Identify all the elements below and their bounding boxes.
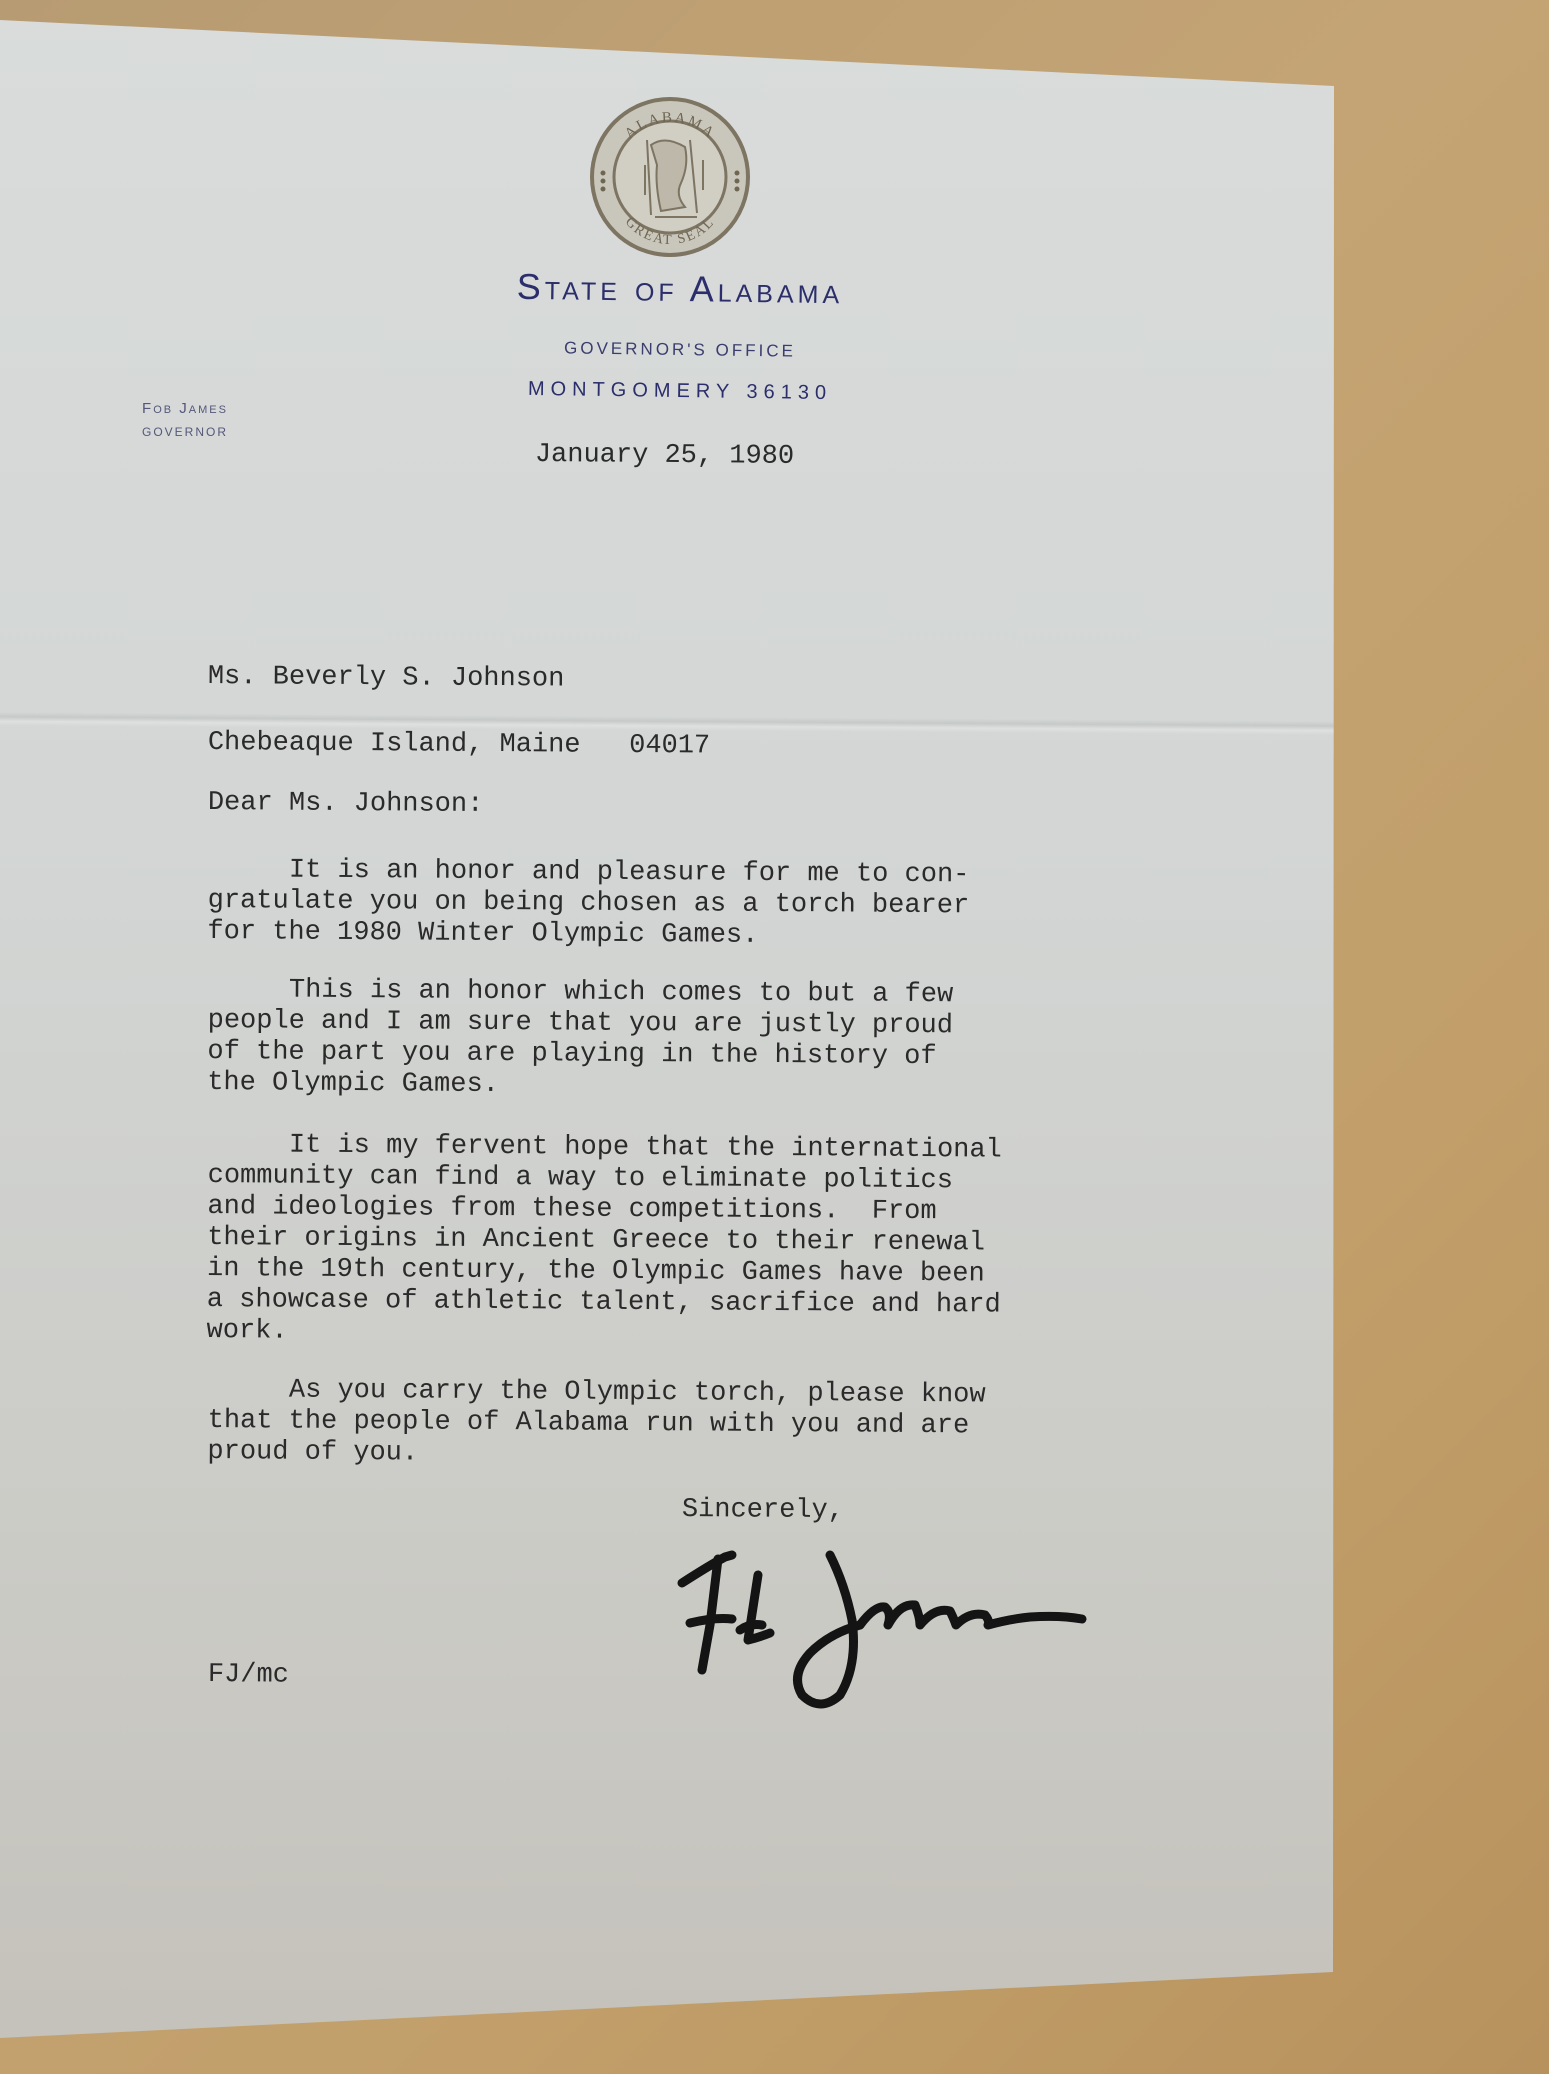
alabama-great-seal-icon: ALABAMA GREAT SEAL bbox=[585, 95, 755, 260]
body-paragraph: It is my fervent hope that the internati… bbox=[206, 1130, 1001, 1353]
letter-paper: ALABAMA GREAT SEAL State of Alabama GOVE… bbox=[0, 0, 1549, 2074]
recipient-name: Ms. Beverly S. Johnson bbox=[208, 662, 565, 694]
letter-date: January 25, 1980 bbox=[535, 440, 794, 472]
closing: Sincerely, bbox=[682, 1495, 844, 1526]
governor-block: Fob James GOVERNOR bbox=[105, 400, 265, 439]
body-paragraph: It is an honor and pleasure for me to co… bbox=[207, 855, 969, 953]
reference-initials: FJ/mc bbox=[208, 1660, 289, 1691]
body-paragraph: This is an honor which comes to but a fe… bbox=[207, 975, 953, 1104]
letterhead-state-title: State of Alabama bbox=[420, 264, 941, 313]
recipient-address: Chebeaque Island, Maine 04017 bbox=[208, 728, 710, 762]
letterhead-city: MONTGOMERY 36130 bbox=[420, 376, 940, 406]
governor-title: GOVERNOR bbox=[105, 425, 265, 439]
body-paragraph: As you carry the Olympic torch, please k… bbox=[207, 1375, 985, 1473]
salutation: Dear Ms. Johnson: bbox=[208, 788, 484, 820]
letterhead-office: GOVERNOR'S OFFICE bbox=[420, 336, 940, 363]
governor-name: Fob James bbox=[105, 400, 265, 417]
handwritten-signature: Fob James bbox=[670, 1545, 1110, 1715]
